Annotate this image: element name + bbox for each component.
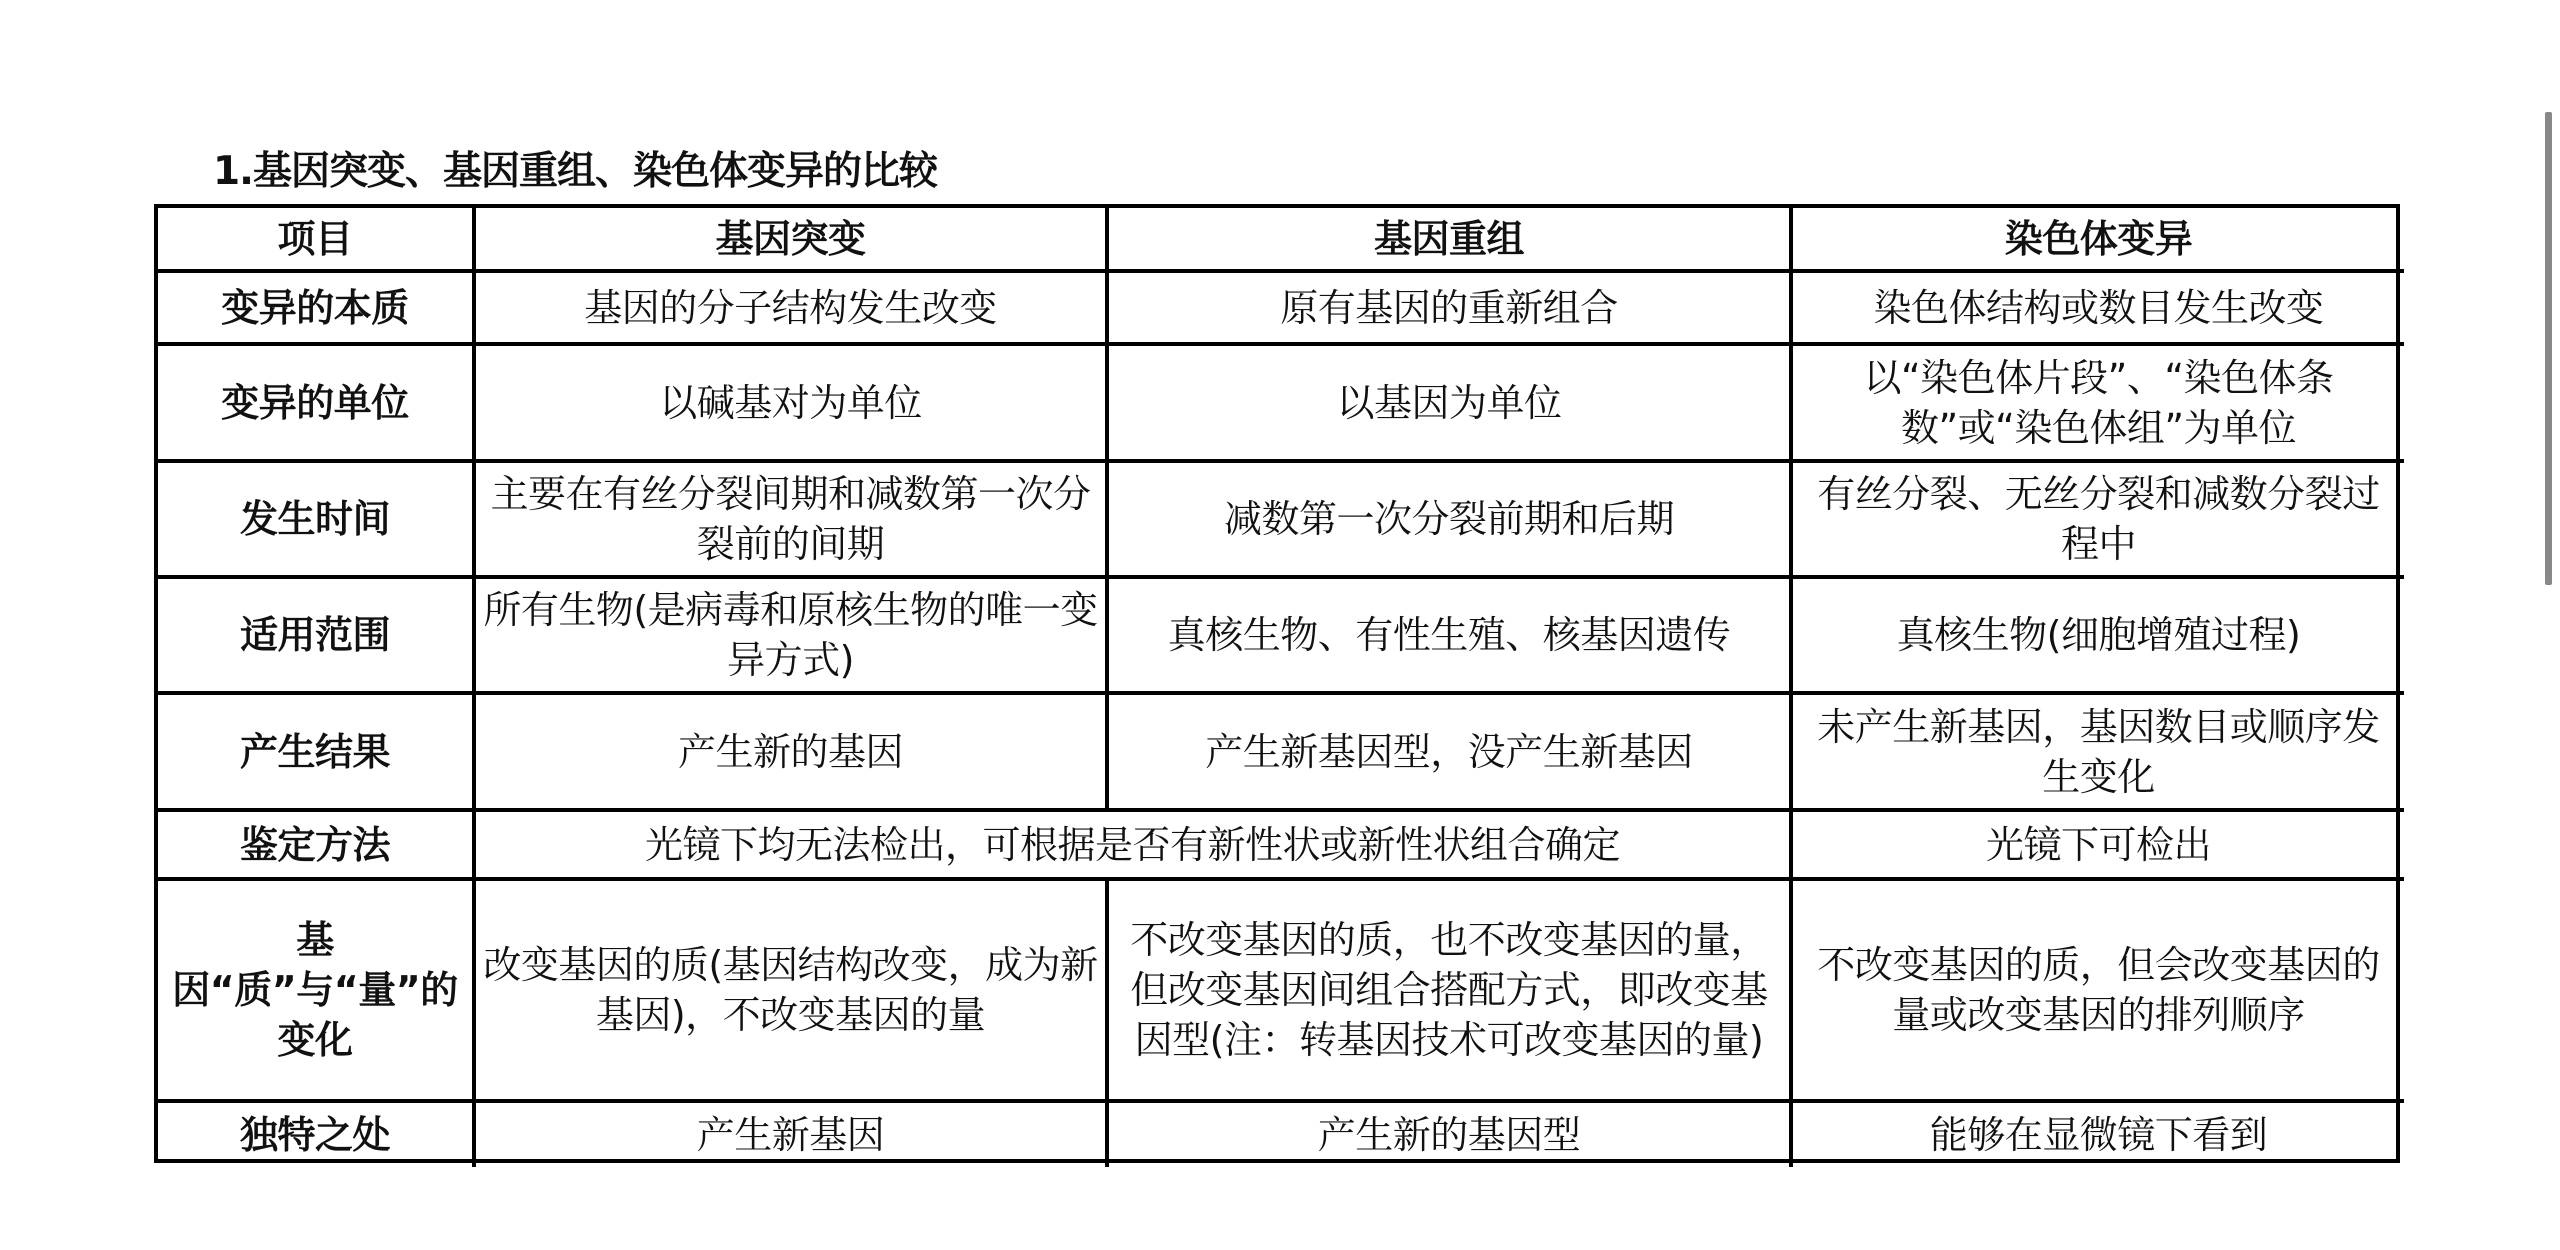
- table-cell: 减数第一次分裂前期和后期: [1109, 463, 1793, 579]
- row-label: 产生结果: [158, 695, 476, 812]
- table-cell: 真核生物、有性生殖、核基因遗传: [1109, 579, 1793, 695]
- header-gene-mutation: 基因突变: [476, 208, 1109, 273]
- row-label: 变异的本质: [158, 273, 476, 346]
- table-cell: 能够在显微镜下看到: [1793, 1103, 2404, 1167]
- row-label: 变异的单位: [158, 346, 476, 463]
- table-cell: 产生新的基因型: [1109, 1103, 1793, 1167]
- table-cell: 不改变基因的质，但会改变基因的量或改变基因的排列顺序: [1793, 881, 2404, 1103]
- header-chromosome-variation: 染色体变异: [1793, 208, 2404, 273]
- header-item: 项目: [158, 208, 476, 273]
- table-cell: 以碱基对为单位: [476, 346, 1109, 463]
- document-title: 1.基因突变、基因重组、染色体变异的比较: [213, 146, 937, 198]
- table-cell: 不改变基因的质，也不改变基因的量，但改变基因间组合搭配方式，即改变基因型(注：转…: [1109, 881, 1793, 1103]
- table-cell: 基因的分子结构发生改变: [476, 273, 1109, 346]
- merged-table-cell: 光镜下均无法检出，可根据是否有新性状或新性状组合确定: [476, 812, 1793, 881]
- row-label: 适用范围: [158, 579, 476, 695]
- row-label: 发生时间: [158, 463, 476, 579]
- table-cell: 改变基因的质(基因结构改变，成为新基因)，不改变基因的量: [476, 881, 1109, 1103]
- header-gene-recombination: 基因重组: [1109, 208, 1793, 273]
- table-cell: 主要在有丝分裂间期和减数第一次分裂前的间期: [476, 463, 1109, 579]
- table-cell: 真核生物(细胞增殖过程): [1793, 579, 2404, 695]
- table-cell: 以“染色体片段”、“染色体条数”或“染色体组”为单位: [1793, 346, 2404, 463]
- vertical-scrollbar[interactable]: [2545, 112, 2552, 585]
- table-cell: 光镜下可检出: [1793, 812, 2404, 881]
- row-label: 基因“质”与“量”的变化: [158, 881, 476, 1103]
- table-cell: 未产生新基因，基因数目或顺序发生变化: [1793, 695, 2404, 812]
- table-cell: 以基因为单位: [1109, 346, 1793, 463]
- row-label: 独特之处: [158, 1103, 476, 1167]
- table-cell: 有丝分裂、无丝分裂和减数分裂过程中: [1793, 463, 2404, 579]
- table-cell: 产生新基因: [476, 1103, 1109, 1167]
- table-cell: 原有基因的重新组合: [1109, 273, 1793, 346]
- table-cell: 产生新的基因: [476, 695, 1109, 812]
- row-label: 鉴定方法: [158, 812, 476, 881]
- table-cell: 所有生物(是病毒和原核生物的唯一变异方式): [476, 579, 1109, 695]
- table-cell: 染色体结构或数目发生改变: [1793, 273, 2404, 346]
- table-cell: 产生新基因型，没产生新基因: [1109, 695, 1793, 812]
- comparison-table: 项目 基因突变 基因重组 染色体变异 变异的本质 基因的分子结构发生改变 原有基…: [154, 204, 2400, 1163]
